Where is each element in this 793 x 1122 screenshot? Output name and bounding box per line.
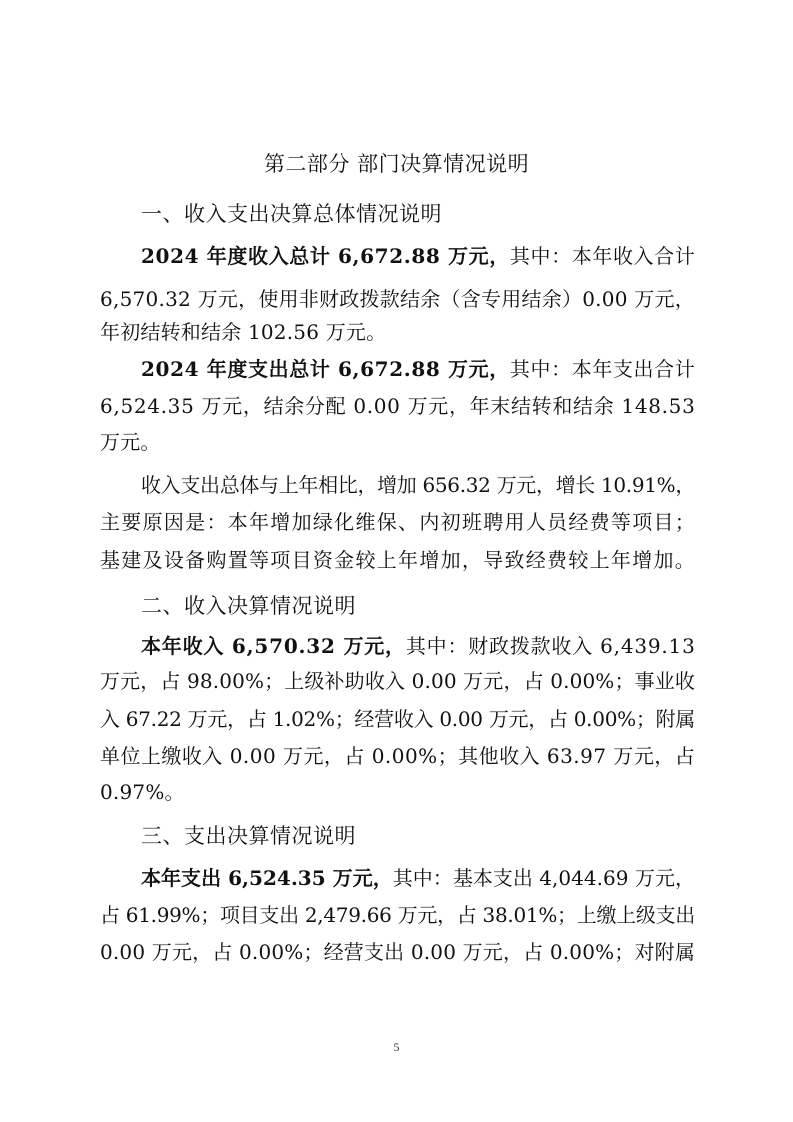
section-heading-1: 一、收入支出决算总体情况说明 xyxy=(141,198,442,228)
line-text: 占 61.99%；项目支出 2,479.66 万元，占 38.01%；上缴上级支… xyxy=(100,899,695,928)
paragraph-line: 2024 年度支出总计 6,672.88 万元，其中：本年支出合计 xyxy=(141,353,695,382)
bold-lead: 2024 年度支出总计 6,672.88 万元， xyxy=(141,357,510,381)
part-title: 第二部分 部门决算情况说明 xyxy=(0,148,793,178)
line-text: 其中：基本支出 4,044.69 万元， xyxy=(393,866,695,890)
line-text: 入 67.22 万元，占 1.02%；经营收入 0.00 万元，占 0.00%；… xyxy=(100,703,695,732)
paragraph-line: 6,524.35 万元，结余分配 0.00 万元，年末结转和结余 148.53 xyxy=(100,390,695,419)
paragraph-line: 本年收入 6,570.32 万元，其中：财政拨款收入 6,439.13 xyxy=(141,630,695,659)
paragraph-line: 6,570.32 万元，使用非财政拨款结余（含专用结余）0.00 万元， xyxy=(100,283,695,312)
paragraph-line: 万元。 xyxy=(100,426,695,455)
line-text: 年初结转和结余 102.56 万元。 xyxy=(100,316,386,345)
paragraph-line: 占 61.99%；项目支出 2,479.66 万元，占 38.01%；上缴上级支… xyxy=(100,899,695,928)
line-text: 主要原因是：本年增加绿化维保、内初班聘用人员经费等项目； xyxy=(100,506,696,535)
line-text: 6,524.35 万元，结余分配 0.00 万元，年末结转和结余 148.53 xyxy=(100,390,695,419)
line-text: 6,570.32 万元，使用非财政拨款结余（含专用结余）0.00 万元， xyxy=(100,283,695,312)
paragraph-line: 0.00 万元，占 0.00%；经营支出 0.00 万元，占 0.00%；对附属 xyxy=(100,936,695,965)
line-text: 其中：财政拨款收入 6,439.13 xyxy=(406,634,696,658)
bold-lead: 2024 年度收入总计 6,672.88 万元， xyxy=(141,244,510,268)
line-text: 基建及设备购置等项目资金较上年增加，导致经费较上年增加。 xyxy=(100,544,696,573)
paragraph-line: 单位上缴收入 0.00 万元，占 0.00%；其他收入 63.97 万元，占 xyxy=(100,740,695,769)
section-heading-3: 三、支出决算情况说明 xyxy=(141,820,356,850)
bold-lead: 本年收入 6,570.32 万元， xyxy=(141,634,406,658)
section-heading-2: 二、收入决算情况说明 xyxy=(141,590,356,620)
line-text: 收入支出总体与上年相比，增加 656.32 万元，增长 10.91%， xyxy=(141,469,695,498)
line-text: 0.00 万元，占 0.00%；经营支出 0.00 万元，占 0.00%；对附属 xyxy=(100,936,695,965)
line-text: 0.97%。 xyxy=(100,776,185,805)
paragraph-line: 万元，占 98.00%；上级补助收入 0.00 万元，占 0.00%；事业收 xyxy=(100,665,695,694)
line-text: 万元。 xyxy=(100,426,161,455)
paragraph-line: 主要原因是：本年增加绿化维保、内初班聘用人员经费等项目； xyxy=(100,506,695,535)
paragraph-line: 收入支出总体与上年相比，增加 656.32 万元，增长 10.91%， xyxy=(141,469,695,498)
page-number: 5 xyxy=(0,1040,793,1055)
line-text: 其中：本年收入合计 xyxy=(510,244,696,268)
line-text: 单位上缴收入 0.00 万元，占 0.00%；其他收入 63.97 万元，占 xyxy=(100,740,695,769)
line-text: 其中：本年支出合计 xyxy=(510,357,696,381)
paragraph-line: 0.97%。 xyxy=(100,776,695,805)
document-page: 第二部分 部门决算情况说明 一、收入支出决算总体情况说明 2024 年度收入总计… xyxy=(0,0,793,1122)
paragraph-line: 入 67.22 万元，占 1.02%；经营收入 0.00 万元，占 0.00%；… xyxy=(100,703,695,732)
paragraph-line: 基建及设备购置等项目资金较上年增加，导致经费较上年增加。 xyxy=(100,544,695,573)
paragraph-line: 本年支出 6,524.35 万元，其中：基本支出 4,044.69 万元， xyxy=(141,862,695,891)
paragraph-line: 年初结转和结余 102.56 万元。 xyxy=(100,316,695,345)
paragraph-line: 2024 年度收入总计 6,672.88 万元，其中：本年收入合计 xyxy=(141,240,695,269)
line-text: 万元，占 98.00%；上级补助收入 0.00 万元，占 0.00%；事业收 xyxy=(100,665,695,694)
bold-lead: 本年支出 6,524.35 万元， xyxy=(141,866,393,890)
